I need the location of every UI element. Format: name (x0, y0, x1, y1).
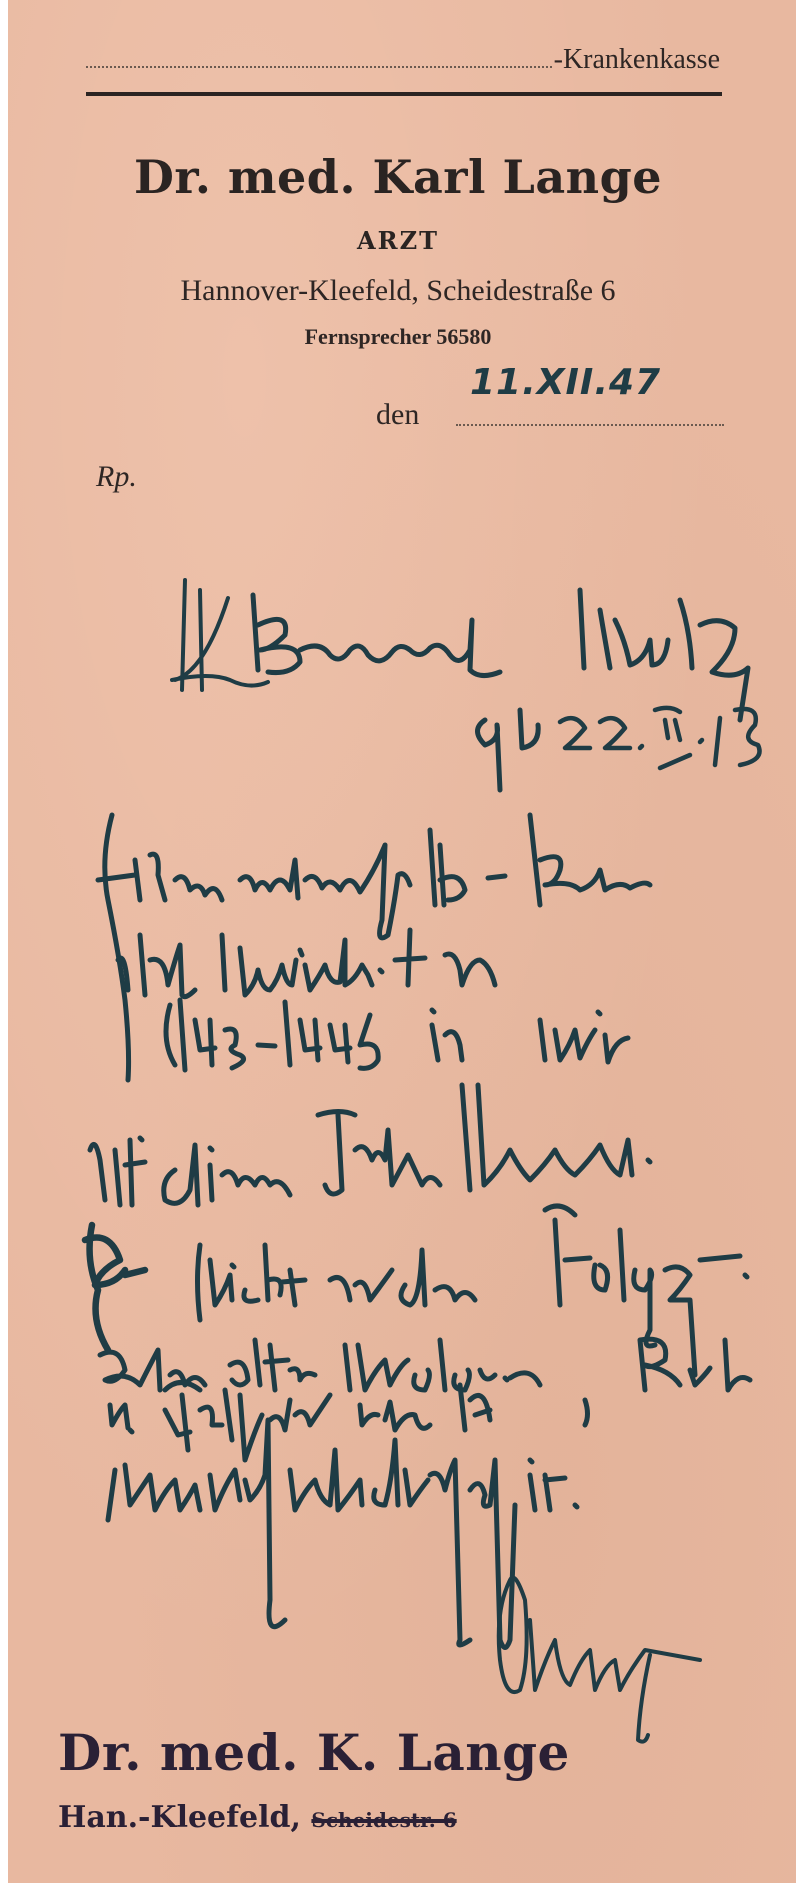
insurance-field: -Krankenkasse (86, 46, 720, 76)
insurance-field-label: -Krankenkasse (554, 44, 720, 76)
doctor-name: Dr. med. Karl Lange (0, 150, 796, 204)
stamp-address: Han.-Kleefeld, Scheidestr. 6 (58, 1800, 457, 1835)
date-field: 11.XII.47 (456, 366, 724, 426)
handwritten-note-text: Herr Bernhard Schulz geb. 22.IV.13 frühe… (0, 0, 1, 1)
stamp-street: Scheidestr. 6 (311, 1808, 456, 1832)
stamp-city: Han.-Kleefeld, (58, 1800, 301, 1835)
date-value: 11.XII.47 (470, 362, 661, 403)
header-rule (86, 92, 722, 96)
insurance-field-dots (86, 66, 552, 68)
rx-label: Rp. (96, 460, 137, 494)
stamp-doctor-name: Dr. med. K. Lange (58, 1723, 570, 1782)
doctor-phone: Fernsprecher 56580 (0, 324, 796, 350)
date-label: den (376, 398, 419, 432)
doctor-title: ARZT (0, 226, 796, 255)
doctor-address: Hannover-Kleefeld, Scheidestraße 6 (0, 274, 796, 308)
note-line: Herr Bernhard Schulz (0, 0, 1, 1)
